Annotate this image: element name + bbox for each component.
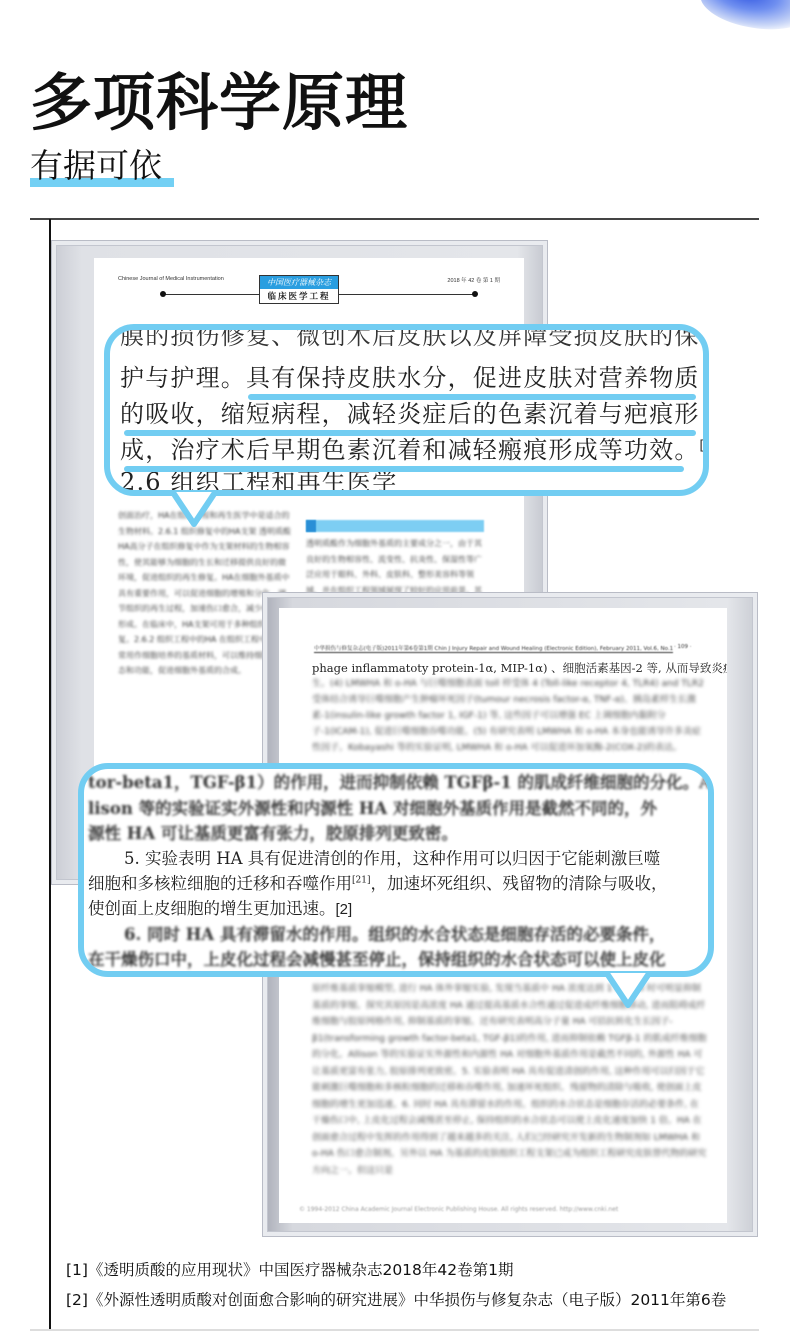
journal-english-name: Chinese Journal of Medical Instrumentati… (118, 276, 224, 282)
header-dot-icon (472, 291, 478, 297)
quote-line-blurred: tor-beta1，TGF-β1）的作用，进而抑制依赖 TGFβ-1 的肌成纤维… (88, 775, 708, 792)
decorative-gel-blob (696, 0, 790, 39)
quote-line-blurred: 在干燥伤口中，上皮化过程会减慢甚至停止，保持组织的水合状态可以使上皮化 (88, 952, 666, 969)
quote-line: 的吸收，缩短病程，减轻炎症后的色素沉着与疤痕形 (120, 402, 700, 426)
reference-list: [1]《透明质酸的应用现状》中国医疗器械杂志2018年42卷第1期 [2]《外源… (66, 1263, 726, 1308)
quote-line-blurred: lison 等的实验证实外源性和内源性 HA 对细胞外基质作用是截然不同的，外 (88, 801, 657, 818)
section-heading-cut: 2.6 组织工程和再生医学[19] (120, 472, 397, 490)
quote-line-blurred: 6. 同时 HA 具有滞留水的作用。组织的水合状态是细胞存活的必要条件， (124, 927, 665, 944)
callout-bubble-2: tor-beta1，TGF-β1）的作用，进而抑制依赖 TGFβ-1 的肌成纤维… (78, 763, 714, 977)
callout-tail-icon (170, 490, 220, 532)
page-number: · 109 · (674, 644, 692, 650)
reference-marker: [1] (700, 437, 703, 452)
callout-1-content: 膜的损伤修复、微创术后皮肤以及屏障受损皮肤的保 护与护理。具有保持皮肤水分，促进… (110, 330, 703, 490)
reference-marker: [2] (336, 901, 353, 918)
section-number-box (306, 520, 316, 532)
journal-issue: 2018 年 42 卷 第 1 期 (447, 276, 500, 284)
reference-item-1: [1]《透明质酸的应用现状》中国医疗器械杂志2018年42卷第1期 (66, 1263, 726, 1279)
copyright-notice: © 1994-2012 China Academic Journal Elect… (299, 1206, 618, 1213)
journal-logo-subtitle: 临床医学工程 (260, 289, 338, 303)
callout-bubble-1: 膜的损伤修复、微创术后皮肤以及屏障受损皮肤的保 护与护理。具有保持皮肤水分，促进… (104, 324, 709, 496)
journal-text-body-top: 生。(4) LMWHA 和 o-HA 与巨噬细胞表面 toll 样受体 4 (T… (312, 676, 707, 756)
section-heading-strip (306, 520, 484, 532)
journal-header: 中华损伤与修复杂志(电子版)2011年第6卷第1期 Chin J Injury … (314, 644, 673, 653)
quote-line: 使创面上皮细胞的增生更加迅速。[2] (88, 901, 352, 918)
top-divider (30, 218, 759, 220)
quote-line: 膜的损伤修复、微创术后皮肤以及屏障受损皮肤的保 (120, 330, 700, 348)
callout-2-content: tor-beta1，TGF-β1）的作用，进而抑制依赖 TGFβ-1 的肌成纤维… (84, 769, 708, 971)
quote-line: 成，治疗术后早期色素沉着和减轻瘢痕形成等功效。[1] (120, 438, 703, 462)
quote-line: 细胞和多核粒细胞的迁移和吞噬作用[21]，加速坏死组织、残留物的清除与吸收， (88, 876, 667, 893)
journal-logo-title: 中国医疗器械杂志 (260, 276, 338, 289)
journal-text-first-line: phage inflammatoty protein-1α, MIP-1α) 、… (312, 660, 727, 676)
callout-tail-icon (604, 971, 654, 1013)
header-dot-icon (160, 291, 166, 297)
quote-line: 护与护理。具有保持皮肤水分，促进皮肤对营养物质 (120, 366, 700, 390)
reference-item-2: [2]《外源性透明质酸对创面愈合影响的研究进展》中华损伤与修复杂志（电子版）20… (66, 1293, 726, 1309)
journal-logo: 中国医疗器械杂志 临床医学工程 (259, 275, 339, 304)
quote-line-blurred: 源性 HA 可让基质更富有张力，胶原排列更致密。 (88, 826, 458, 843)
quote-line: 5. 实验表明 HA 具有促进清创的作用，这种作用可以归因于它能刺激巨噬 (124, 851, 660, 868)
page-subtitle: 有据可依 (30, 148, 162, 184)
subtitle-group: 有据可依 (30, 148, 162, 184)
page-title: 多项科学原理 (30, 72, 408, 134)
